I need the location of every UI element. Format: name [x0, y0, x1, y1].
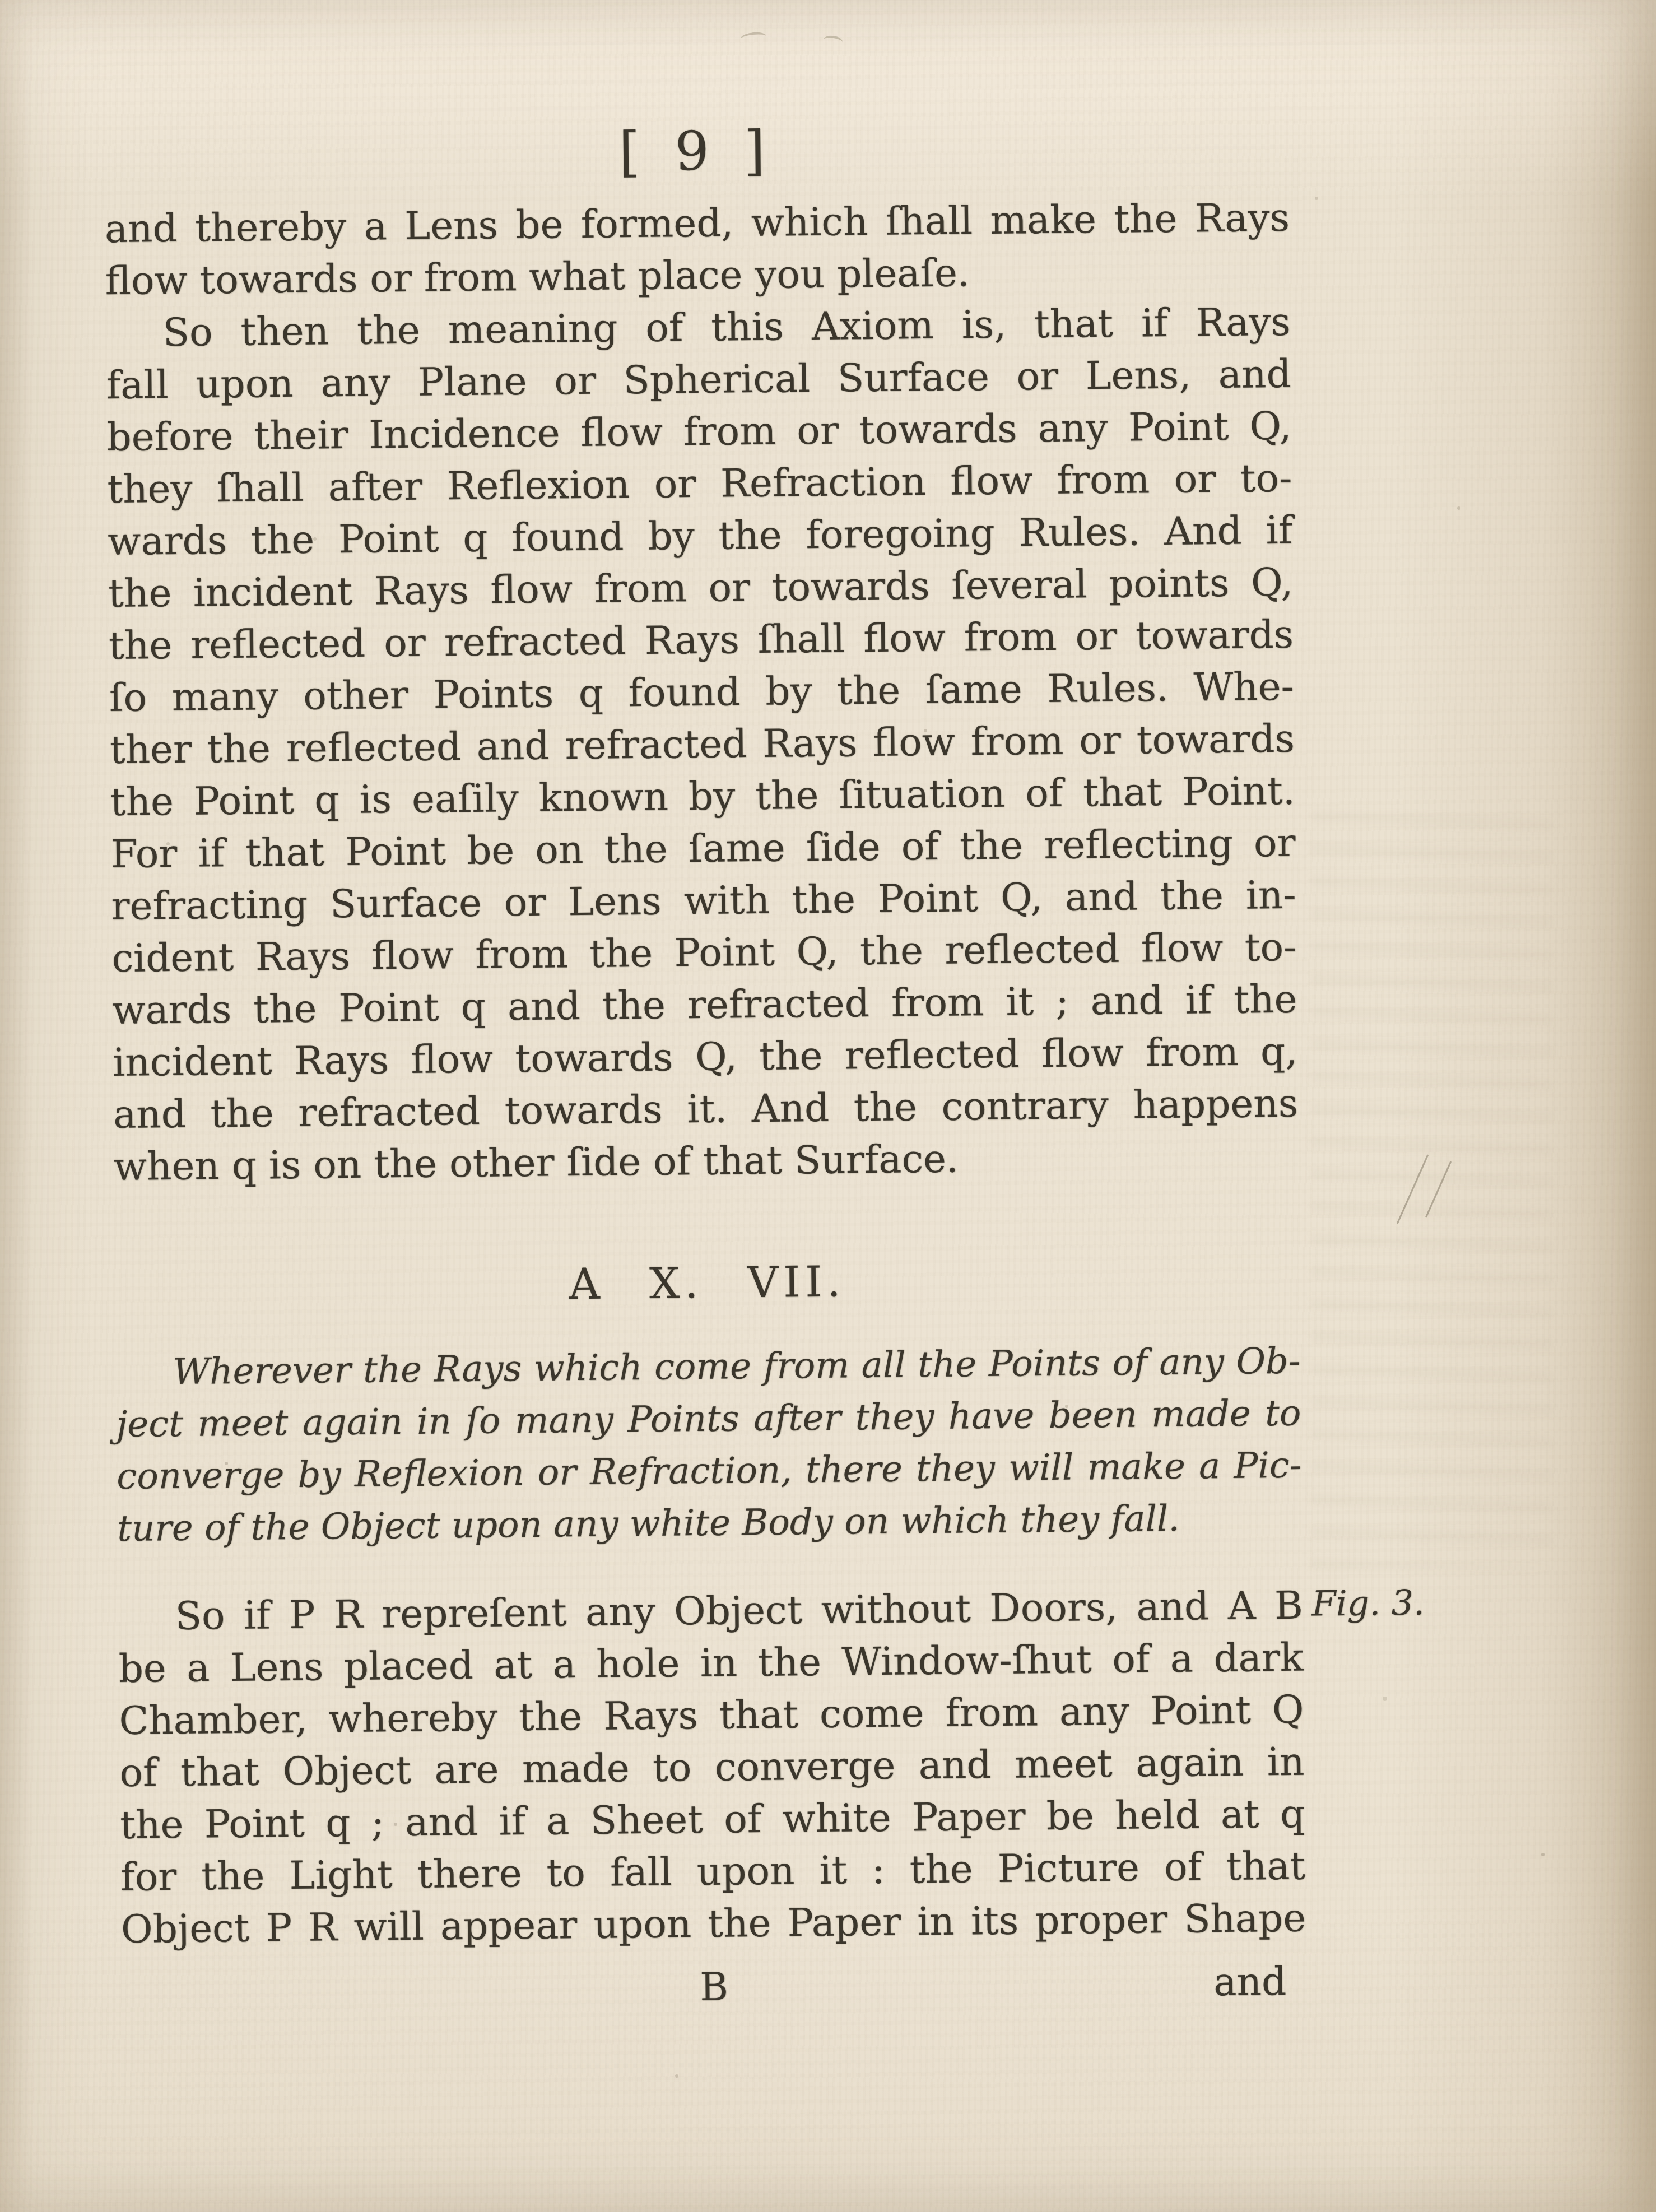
text-line: Object P R will appear upon the Paper in…: [121, 1893, 1306, 1956]
paper-scratch: [1397, 1154, 1429, 1224]
page-footer: B and: [122, 1956, 1307, 2019]
page-number: [ 9 ]: [104, 104, 1289, 203]
paragraph-continuation: and thereby a Lens be formed, which ſhal…: [105, 192, 1291, 308]
book-page-scan: [ 9 ] and thereby a Lens be formed, whic…: [0, 0, 1656, 2212]
figure-margin-note: Fig. 3.: [1311, 1582, 1425, 1624]
text-line: ture of the Object upon any white Body o…: [117, 1492, 1303, 1555]
ink-showthrough: [1311, 812, 1552, 1569]
paper-specks: [0, 0, 2, 2]
text-block: [ 9 ] and thereby a Lens be formed, whic…: [104, 104, 1307, 2019]
axiom-statement: Wherever the Rays which come from all th…: [115, 1336, 1302, 1555]
signature-mark: B: [700, 1962, 729, 2014]
paragraph-axiom-meaning: So then the meaning of this Axiom is, th…: [105, 296, 1299, 1193]
paragraph-example: Fig. 3. So if P R repreſent any Object w…: [118, 1580, 1306, 1956]
text-line: when q is on the other ſide of that Surf…: [114, 1130, 1299, 1193]
axiom-heading: A X. VII.: [115, 1251, 1300, 1316]
catchword: and: [1213, 1956, 1287, 2009]
paper-scratch: [1425, 1161, 1452, 1218]
faint-ink-mark: [823, 35, 843, 48]
faint-ink-mark: [740, 31, 767, 44]
